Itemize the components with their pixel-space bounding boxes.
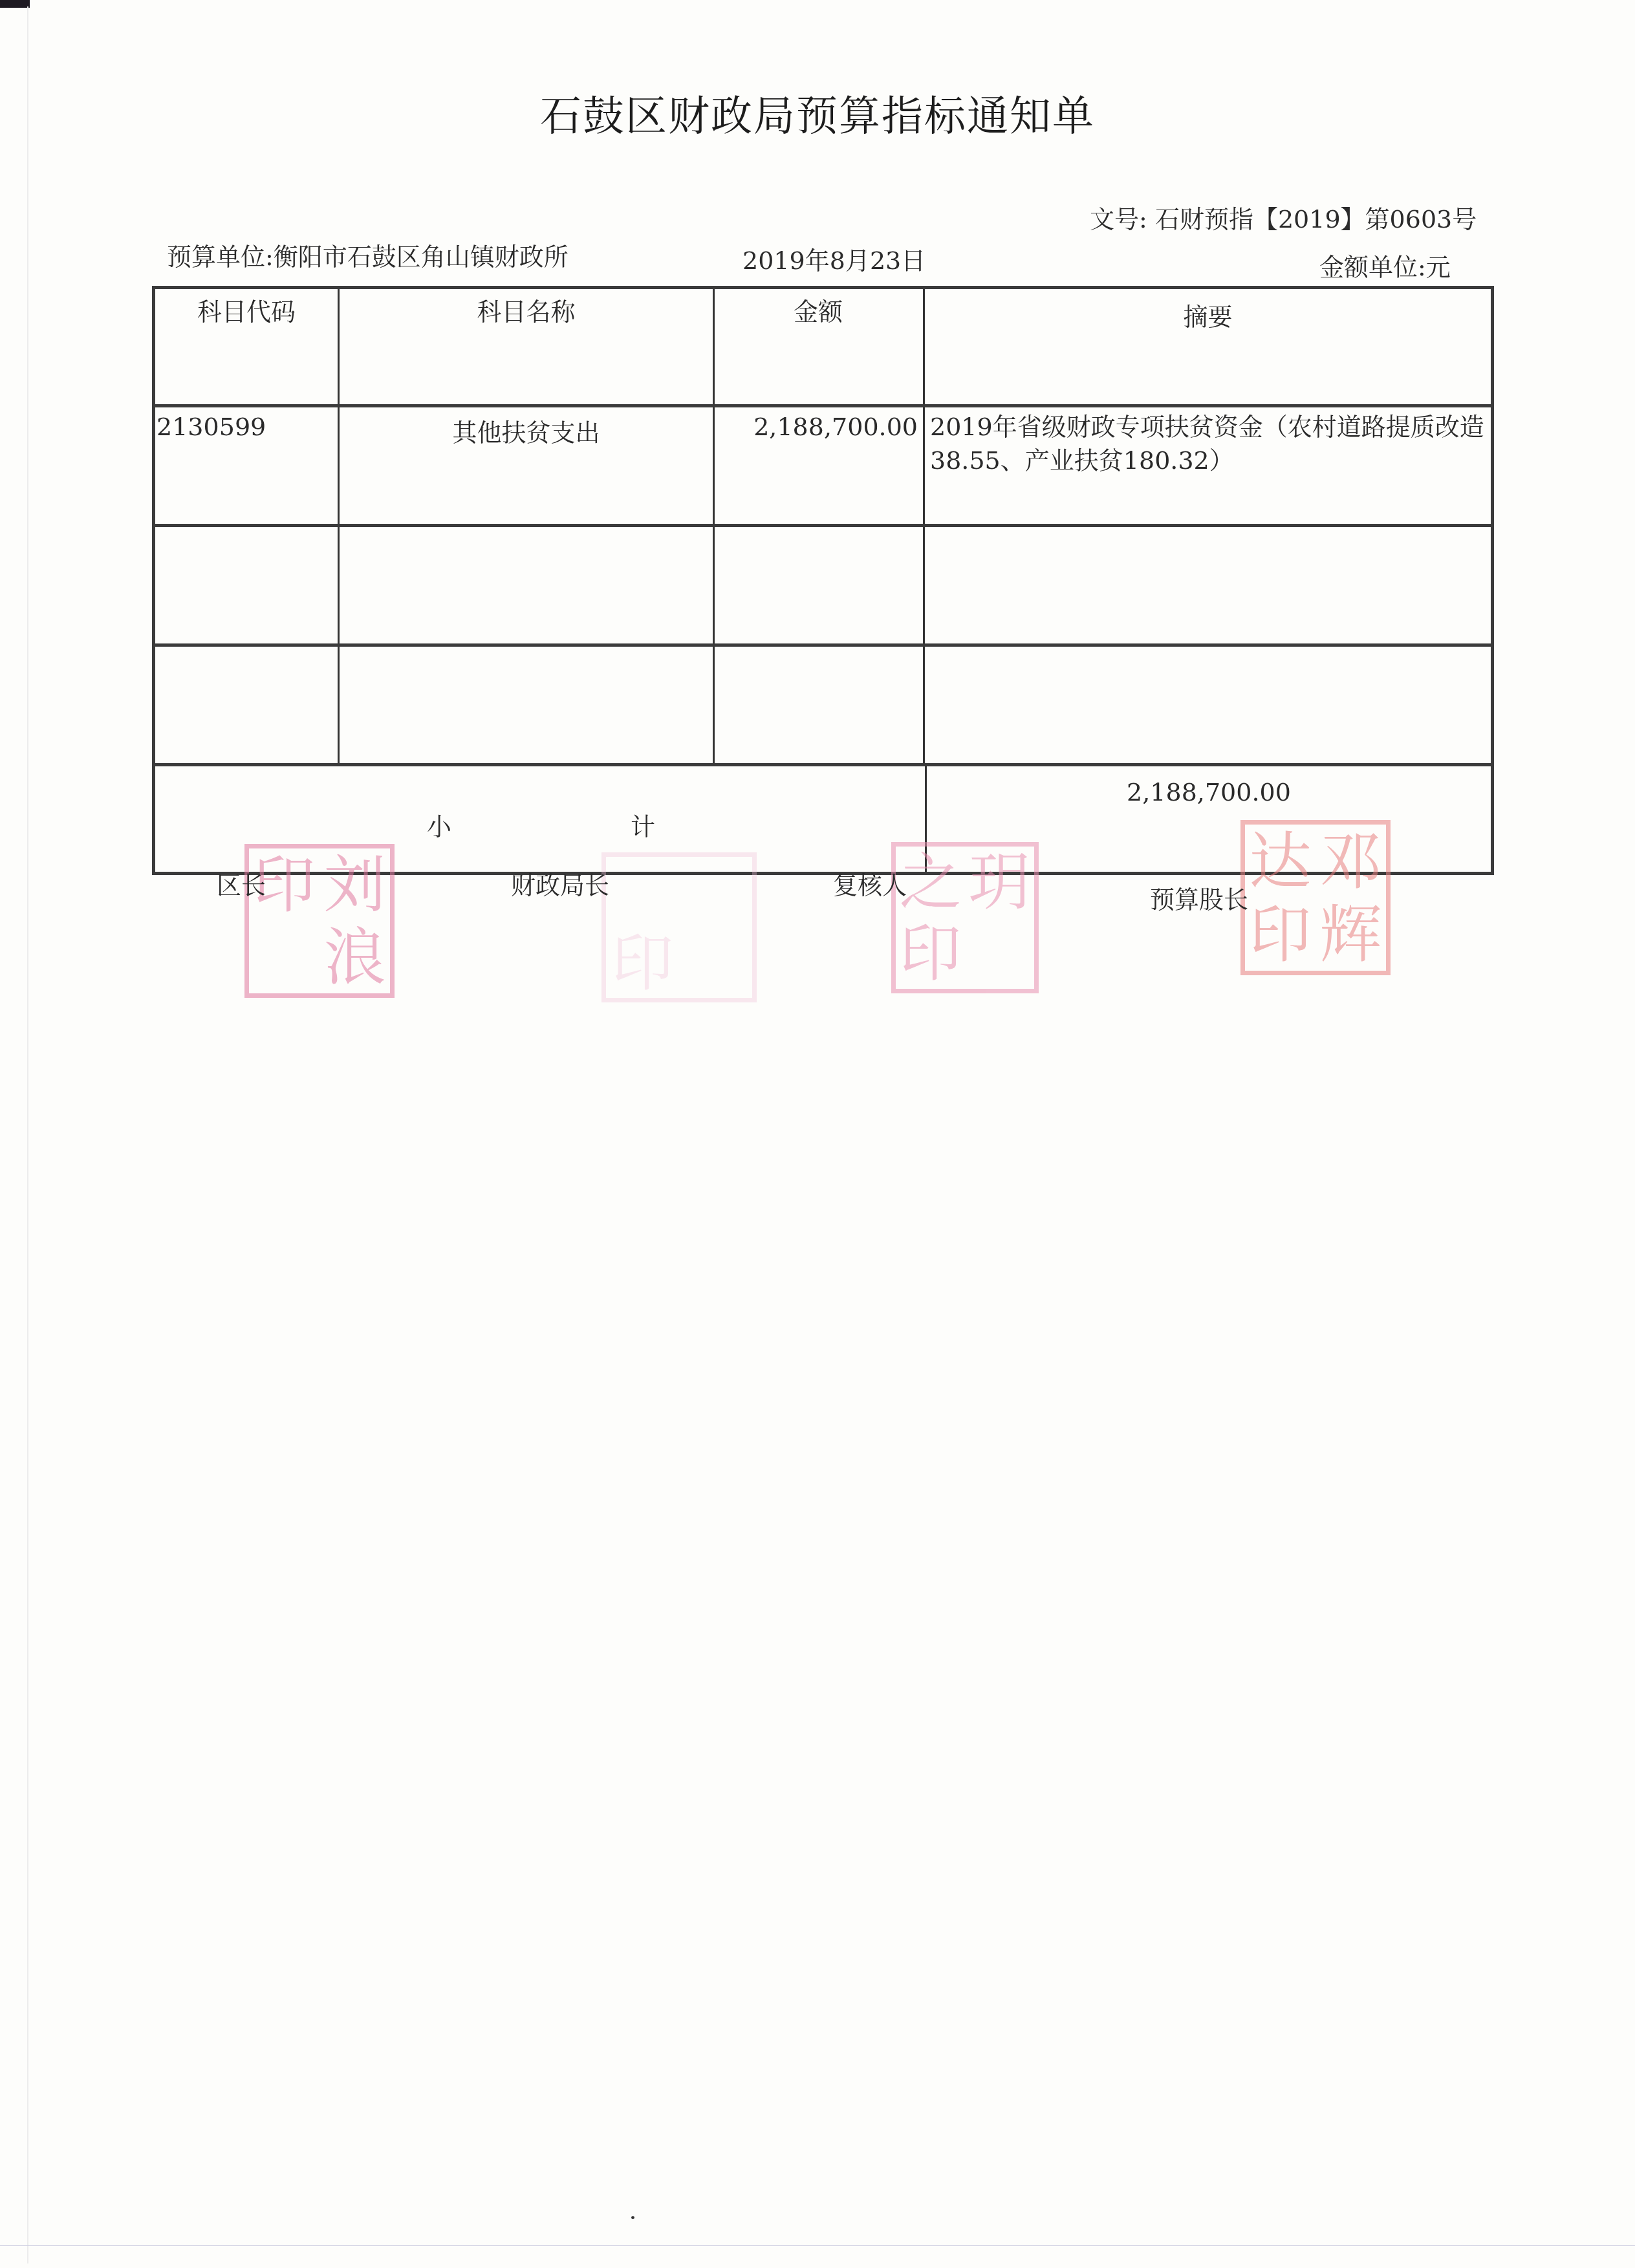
- row-amount: [715, 527, 925, 643]
- amount-unit: 金额单位:元: [1319, 247, 1451, 283]
- header-amount: 金额: [715, 289, 925, 404]
- signature-budget-section-head: 预算股长: [1150, 880, 1248, 915]
- signature-reviewer: 复核人: [833, 865, 907, 901]
- row-summary: 2019年省级财政专项扶贫资金（农村道路提质改造38.55、产业扶贫180.32…: [925, 407, 1491, 524]
- budget-table: 科目代码 科目名称 金额 摘要 2130599 其他扶贫支出 2,188,700…: [152, 286, 1494, 875]
- row-code: [155, 527, 340, 643]
- subtotal-label-part2: 计: [631, 806, 655, 842]
- seal-stamp-budget-section-head: 达邓 印辉: [1240, 820, 1391, 975]
- seal-stamp-finance-director: 印: [601, 852, 757, 1002]
- document-date: 2019年8月23日: [742, 241, 926, 276]
- document-number: 文号: 石财预指【2019】第0603号: [1090, 199, 1477, 235]
- table-row: [155, 527, 1491, 647]
- scan-artifact: [0, 0, 30, 8]
- signature-district-head: 区长: [217, 865, 266, 901]
- header-name: 科目名称: [340, 289, 715, 404]
- row-name: [340, 647, 715, 763]
- table-header-row: 科目代码 科目名称 金额 摘要: [155, 289, 1491, 407]
- row-code: 2130599: [155, 407, 340, 524]
- row-name: 其他扶贫支出: [340, 407, 715, 524]
- row-summary: [925, 647, 1491, 763]
- scan-speck: [631, 2216, 634, 2219]
- document-title: 石鼓区财政局预算指标通知单: [0, 83, 1635, 142]
- row-summary: [925, 527, 1491, 643]
- table-row: [155, 647, 1491, 766]
- signature-finance-director: 财政局长: [511, 865, 609, 901]
- subtotal-label-part1: 小: [427, 806, 451, 842]
- row-name: [340, 527, 715, 643]
- row-amount: 2,188,700.00: [715, 407, 925, 524]
- seal-stamp-reviewer: 之玥 印: [891, 842, 1039, 993]
- row-code: [155, 647, 340, 763]
- header-summary: 摘要: [925, 289, 1491, 404]
- header-code: 科目代码: [155, 289, 340, 404]
- row-amount: [715, 647, 925, 763]
- scan-bottom-edge: [0, 2245, 1635, 2246]
- scan-edge: [27, 6, 28, 2263]
- seal-stamp-district-head: 印刘 浪: [244, 844, 395, 998]
- table-row: 2130599 其他扶贫支出 2,188,700.00 2019年省级财政专项扶…: [155, 407, 1491, 527]
- budget-unit: 预算单位:衡阳市石鼓区角山镇财政所: [167, 237, 568, 272]
